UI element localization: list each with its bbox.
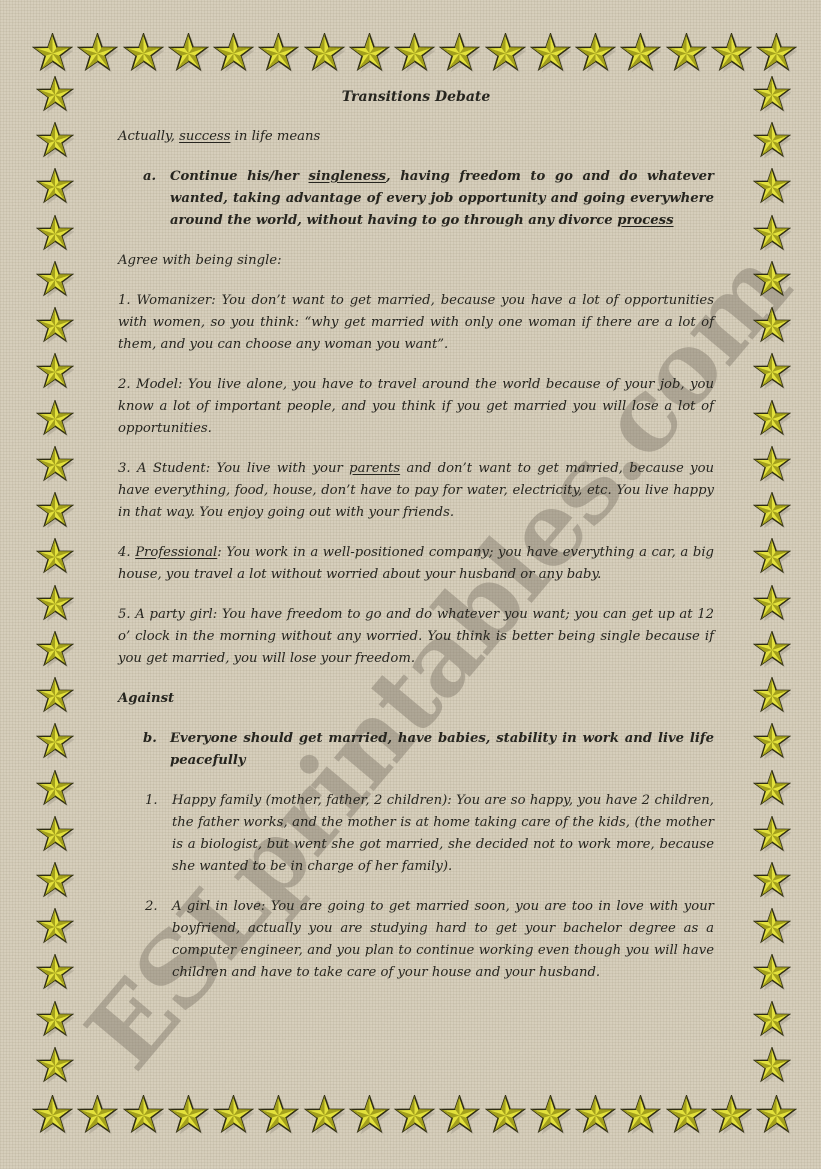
star-icon [753,862,791,900]
star-icon [756,33,797,74]
star-icon [32,33,73,74]
star-icon [304,33,345,74]
star-icon [349,33,390,74]
star-icon [36,215,74,253]
star-icon [304,1095,345,1136]
star-icon [36,770,74,808]
page-title: Transitions Debate [118,86,714,108]
star-icon [394,1095,435,1136]
star-icon [36,677,74,715]
star-icon [349,1095,390,1136]
star-icon [36,723,74,761]
against-item-2: 2. A girl in love: You are going to get … [118,896,714,984]
option-a: a. Continue his/her singleness, having f… [118,166,714,232]
star-icon [36,631,74,669]
star-icon [753,446,791,484]
agree-item-3: 3. A Student: You live with your parents… [118,458,714,524]
star-icon [213,33,254,74]
star-icon [123,1095,164,1136]
star-icon [753,770,791,808]
agree-item-1: 1. Womanizer: You don’t want to get marr… [118,290,714,356]
star-icon [36,816,74,854]
star-icon [77,1095,118,1136]
against-item-1: 1. Happy family (mother, father, 2 child… [118,790,714,878]
option-b-text: Everyone should get married, have babies… [170,728,714,772]
star-icon [753,631,791,669]
star-icon [168,33,209,74]
star-icon [530,1095,571,1136]
star-icon [36,492,74,530]
star-icon [36,446,74,484]
star-icon [753,538,791,576]
star-icon [711,1095,752,1136]
star-icon [753,585,791,623]
agree-item-5: 5. A party girl: You have freedom to go … [118,604,714,670]
star-icon [620,33,661,74]
star-icon [666,33,707,74]
star-icon [36,1001,74,1039]
star-icon [36,76,74,114]
star-icon [753,400,791,438]
against-item-2-text: A girl in love: You are going to get mar… [172,896,714,984]
star-icon [753,215,791,253]
star-icon [36,585,74,623]
star-icon [168,1095,209,1136]
star-icon [753,76,791,114]
star-icon [36,353,74,391]
star-icon [36,168,74,206]
star-icon [753,492,791,530]
star-icon [36,122,74,160]
star-border-top [32,33,797,74]
star-icon [36,1047,74,1085]
star-icon [36,261,74,299]
star-icon [753,1001,791,1039]
star-icon [394,33,435,74]
star-icon [439,1095,480,1136]
star-icon [753,353,791,391]
star-icon [753,723,791,761]
star-icon [753,954,791,992]
star-icon [258,33,299,74]
agree-heading: Agree with being single: [118,250,714,272]
star-icon [753,122,791,160]
star-icon [620,1095,661,1136]
star-icon [753,168,791,206]
against-item-1-text: Happy family (mother, father, 2 children… [172,790,714,878]
against-item-1-label: 1. [145,790,172,878]
star-icon [213,1095,254,1136]
star-icon [753,1047,791,1085]
star-icon [756,1095,797,1136]
agree-item-4: 4. Professional: You work in a well-posi… [118,542,714,586]
star-icon [36,307,74,345]
star-icon [485,33,526,74]
star-border-right [753,76,791,1085]
star-icon [77,33,118,74]
star-icon [711,33,752,74]
star-icon [32,1095,73,1136]
star-border-left [36,76,74,1085]
star-icon [753,816,791,854]
intro-line: Actually, success in life means [118,126,714,148]
star-icon [666,1095,707,1136]
star-icon [753,307,791,345]
option-a-label: a. [143,166,170,232]
star-icon [485,1095,526,1136]
star-icon [530,33,571,74]
star-icon [36,908,74,946]
star-icon [36,538,74,576]
against-item-2-label: 2. [145,896,172,984]
worksheet-page: { "title": "Transitions Debate", "waterm… [0,0,821,1169]
star-icon [123,33,164,74]
star-icon [36,862,74,900]
star-icon [36,954,74,992]
star-icon [753,261,791,299]
star-icon [753,908,791,946]
star-icon [753,677,791,715]
star-icon [575,33,616,74]
against-heading: Against [118,688,714,710]
star-icon [575,1095,616,1136]
star-icon [36,400,74,438]
worksheet-content: Transitions Debate Actually, success in … [118,86,714,1002]
agree-item-2: 2. Model: You live alone, you have to tr… [118,374,714,440]
star-icon [258,1095,299,1136]
option-b-label: b. [143,728,170,772]
option-b: b. Everyone should get married, have bab… [118,728,714,772]
star-border-bottom [32,1095,797,1136]
star-icon [439,33,480,74]
option-a-text: Continue his/her singleness, having free… [170,166,714,232]
